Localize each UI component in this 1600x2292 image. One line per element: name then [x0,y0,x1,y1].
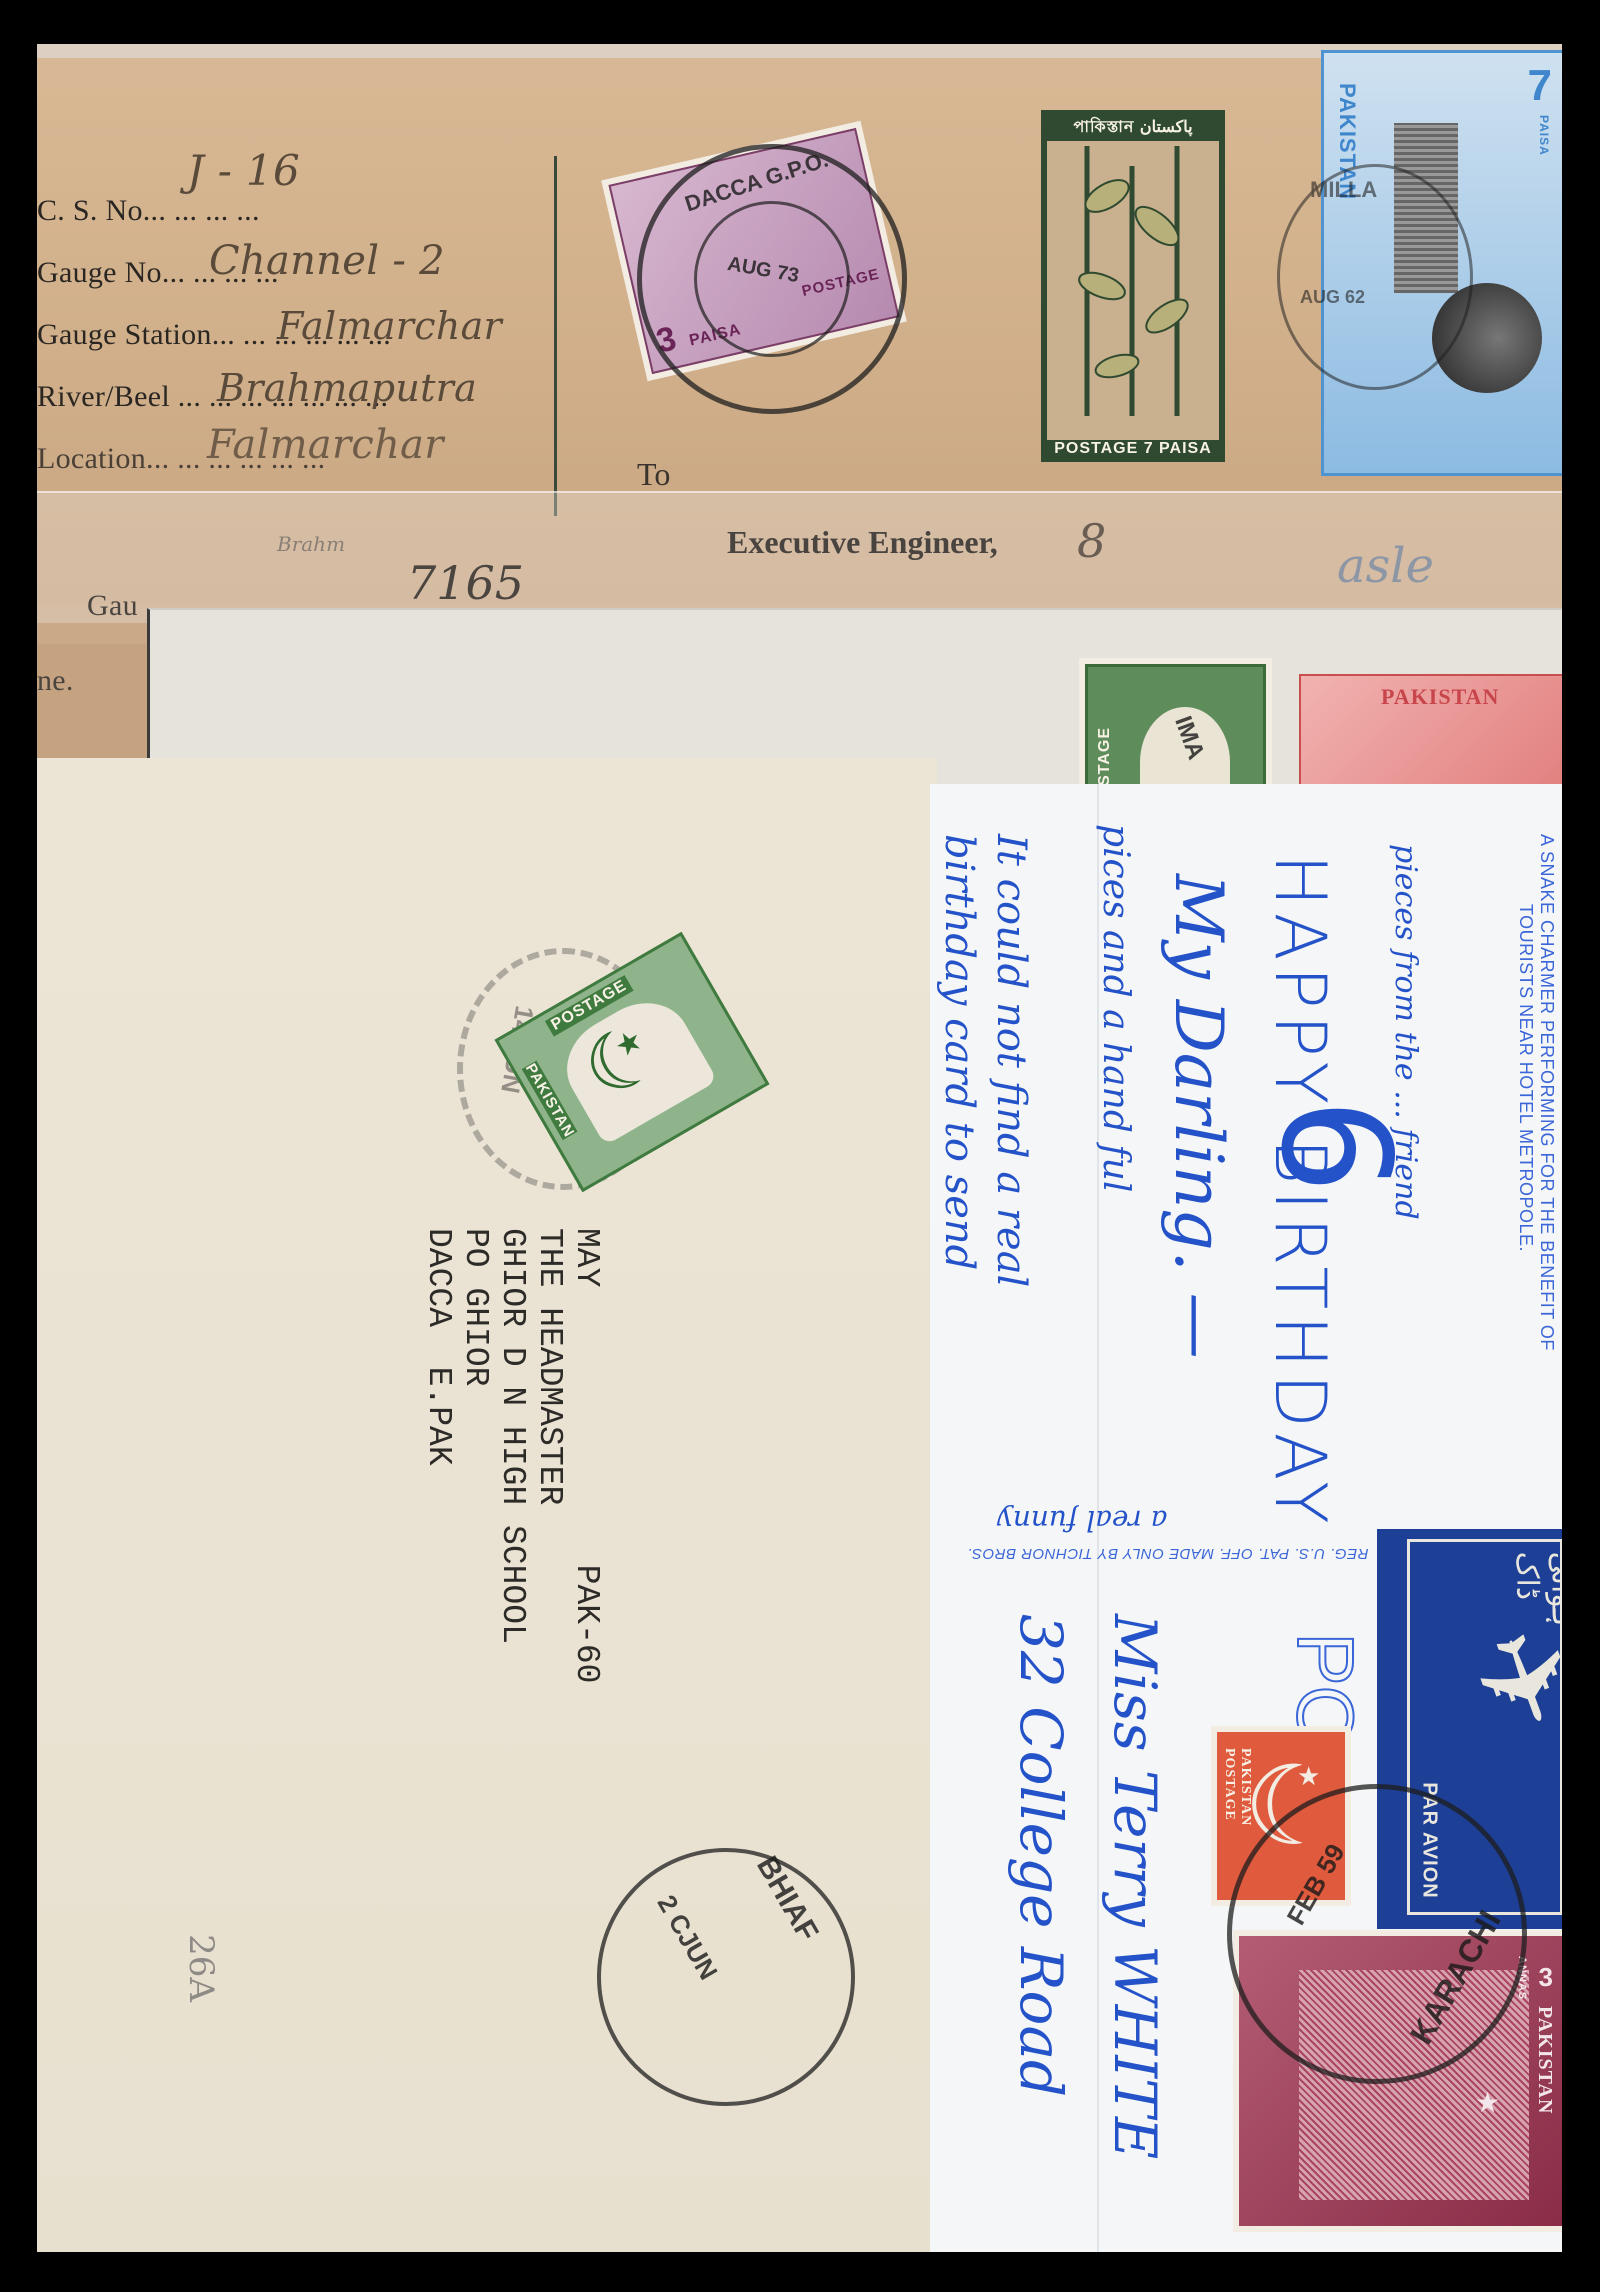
address-line: PO GHIOR [457,1228,494,1683]
address-line: DACCA E.PAK [420,1228,457,1683]
address-line: THE HEADMASTER [531,1228,568,1683]
gauge-station-field: Gauge Station... ... ... ... ... ... Fal… [37,318,391,352]
karachi-postmark: KARACHI FEB 59 [1227,1784,1527,2084]
postmark-text: MILLA [1310,177,1377,203]
printed-caption: A SNAKE CHARMER PERFORMING FOR THE BENEF… [1515,834,1557,1351]
faint-handwriting: Brahm [277,532,345,556]
field-label: C. S. No... ... ... ... [37,194,260,227]
right-handwriting: asle [1337,538,1434,594]
postmark-text: KARACHI [1403,1904,1509,2050]
gauge-card: C. S. No... ... ... ... J - 16 Gauge No.… [37,44,1562,604]
stamp-unit: PAISA [1537,115,1551,156]
location-field: Location... ... ... ... ... ... Falmarch… [37,442,325,476]
stamp-value: 3 [1539,1962,1554,1993]
cs-no-field: C. S. No... ... ... ... J - 16 [37,194,260,228]
river-beel-field: River/Beel ... ... ... ... ... ... ... B… [37,380,388,414]
typed-address: MAY PAK-60 THE HEADMASTER GHIOR D N HIGH… [420,1228,605,1683]
vertical-divider [554,156,557,516]
postmark-date: 2 CJUN [651,1890,724,1986]
greeting: My Darling. — [1160,874,1237,1359]
message-body: pices and a hand ful [1093,824,1137,1192]
address-line: 32 College Road [994,1614,1088,2159]
airmail-urdu-text: ہوائی ڈاک [1509,1552,1562,1627]
address-line: GHIOR D N HIGH SCHOOL [494,1228,531,1683]
message-body-2: It could not find a real birthday card t… [933,834,1037,1287]
caption-line: TOURISTS NEAR HOTEL METROPOLE. [1515,834,1536,1351]
field-handwritten-value: J - 16 [187,146,300,195]
postmark-date: FEB 59 [1281,1839,1352,1931]
message-footer: a real funny [997,1504,1167,1537]
stamp-footer: POSTAGE 7 PAISA [1047,440,1219,458]
number-handwriting: 7165 [407,556,524,610]
addressee-text: Executive Engineer, [727,524,998,561]
star-icon: ★ [1475,2086,1500,2120]
pencil-note: 26A [181,1934,221,2002]
printed-footer: REG. U.S. PAT. OFF. MADE ONLY BY TICHNOR… [967,1544,1368,1562]
postmark-text: BHIAF [749,1851,824,1947]
message-line: birthday card to send [933,834,985,1287]
recipient-address: Miss Terry WHITE 32 College Road [994,1614,1182,2159]
bhiaf-postmark: BHIAF 2 CJUN [597,1848,855,2106]
field-label: Gau [87,589,138,623]
message-line: a real funny [997,1504,1167,1537]
field-handwritten-value: Falmarchar [277,304,502,348]
publisher-line: REG. U.S. PAT. OFF. MADE ONLY BY TICHNOR… [967,1545,1368,1562]
postal-covers-photo: C. S. No... ... ... ... J - 16 Gauge No.… [37,44,1562,2252]
stamp-country: PAKISTAN [1381,684,1499,710]
dacca-postmark: DACCA G.P.O. AUG 73 [637,144,907,414]
tree-leaves-icon [1057,146,1207,416]
message-line: It could not find a real [985,834,1037,1287]
gauge-no-field: Gauge No... ... ... ... Channel - 2 [37,256,279,290]
greeting-text: My Darling. — [1160,874,1237,1359]
stamp-value: 7 [1528,61,1553,111]
to-label: To [637,456,670,493]
stamp-country: PAKISTAN [1533,2006,1556,2114]
cream-envelope: MAY PAK-60 THE HEADMASTER GHIOR D N HIGH… [37,758,937,2252]
printed-post-card-heading: PO [1279,1632,1371,1748]
address-line: MAY PAK-60 [568,1228,605,1683]
star-icon: ★ [1297,1762,1320,1792]
field-handwritten-value: Channel - 2 [209,238,445,284]
postmark-date: AUG 62 [1300,287,1365,308]
address-line: Miss Terry WHITE [1088,1614,1182,2159]
field-label: ne. [37,664,74,698]
green-tree-imprinted-stamp: পাকিস্তান پاکستان POSTAGE 7 PAISA [1041,110,1225,462]
field-handwritten-value: Brahmaputra [217,366,477,410]
comilla-postmark: MILLA AUG 62 [1277,164,1473,390]
caption-line: A SNAKE CHARMER PERFORMING FOR THE BENEF… [1536,834,1557,1351]
stamp-header: পাকিস্তান پاکستان [1047,114,1219,141]
crescent-icon: ☾ [571,1010,673,1115]
age-number: 6 [1248,1098,1422,1193]
message-line: pices and a hand ful [1093,824,1137,1192]
gauge-card-lower-edge: ne. [37,644,147,764]
field-handwritten-value: Falmarchar [207,422,444,468]
